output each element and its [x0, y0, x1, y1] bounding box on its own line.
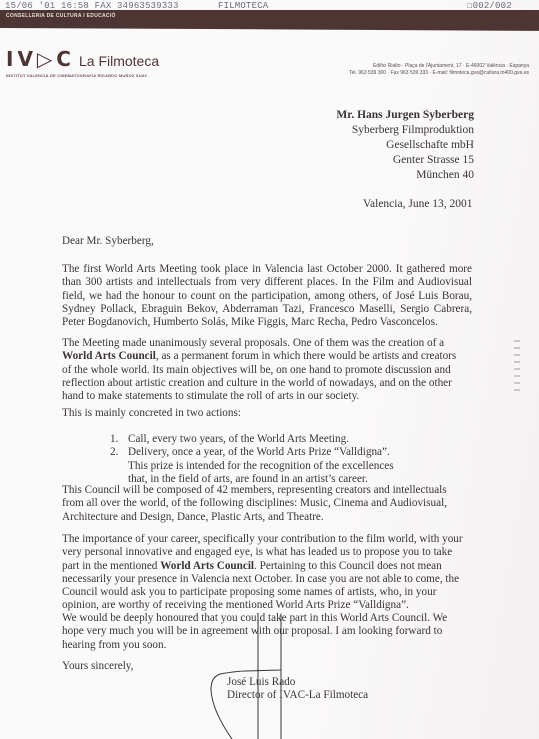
closing: Yours sincerely, [62, 660, 133, 672]
signer-title: Director of IVAC-La Filmoteca [227, 689, 368, 702]
council-name: World Arts Council [160, 560, 254, 572]
list-text: Delivery, once a year, of the World Arts… [128, 446, 410, 486]
ivac-logo-mark: IV▷C [6, 47, 75, 71]
actions-list: 1. Call, every two years, of the World A… [110, 433, 410, 486]
recipient-name: Mr. Hans Jurgen Syberberg [336, 108, 474, 123]
logo-subtitle: Institut Valencià de Cinematografia Rica… [6, 73, 147, 78]
list-item: 2. Delivery, once a year, of the World A… [110, 446, 410, 486]
scan-artifact [514, 340, 520, 395]
paragraph-closing: We would be deeply honoured that you cou… [62, 612, 462, 652]
fax-page-count: ☐002/002 [467, 1, 512, 11]
list-text: Call, every two years, of the World Arts… [128, 433, 349, 446]
list-number: 2. [110, 446, 128, 486]
paragraph-proposals: The Meeting made unanimously several pro… [62, 337, 460, 403]
list-number: 1. [110, 433, 128, 446]
text: The Meeting made unanimously several pro… [62, 337, 444, 349]
letter-date: Valencia, June 13, 2001 [363, 198, 473, 210]
recipient-block: Mr. Hans Jurgen Syberberg Syberberg Film… [336, 108, 474, 183]
list-item: 1. Call, every two years, of the World A… [110, 433, 410, 446]
ministry-name: Conselleria de Cultura i Educació [6, 13, 116, 19]
signer-block: José Luis Rado Director of IVAC-La Filmo… [227, 676, 368, 703]
fax-header: 15/06 '01 16:58 FAX 34963539333 FILMOTEC… [0, 1, 539, 11]
sender-contact: Tel. 963 539 300 · Fax 963 539 333 · E-m… [349, 70, 529, 76]
logo-name: La Filmoteca [79, 53, 159, 69]
paragraph-actions-intro: This is mainly concreted in two actions: [62, 407, 472, 420]
recipient-line: Syberberg Filmproduktion [336, 123, 474, 138]
logo: IV▷C La Filmoteca [6, 47, 159, 71]
recipient-line: Gesellschafte mbH [336, 138, 474, 153]
sender-address: Edifici Rialto · Plaça de l'Ajuntament, … [373, 63, 529, 69]
fax-timestamp: 15/06 '01 16:58 FAX 34963539333 [5, 1, 179, 11]
recipient-line: Genter Strasse 15 [336, 153, 474, 168]
recipient-line: München 40 [336, 168, 474, 183]
fax-sender: FILMOTECA [218, 1, 268, 11]
council-name: World Arts Council [62, 350, 156, 362]
signer-name: José Luis Rado [227, 676, 368, 689]
paragraph-invitation: The importance of your career, specifica… [62, 533, 467, 613]
salutation: Dear Mr. Syberberg, [62, 235, 154, 247]
paragraph-meeting: The first World Arts Meeting took place … [62, 263, 472, 329]
paragraph-composition: This Council will be composed of 42 memb… [62, 484, 462, 524]
